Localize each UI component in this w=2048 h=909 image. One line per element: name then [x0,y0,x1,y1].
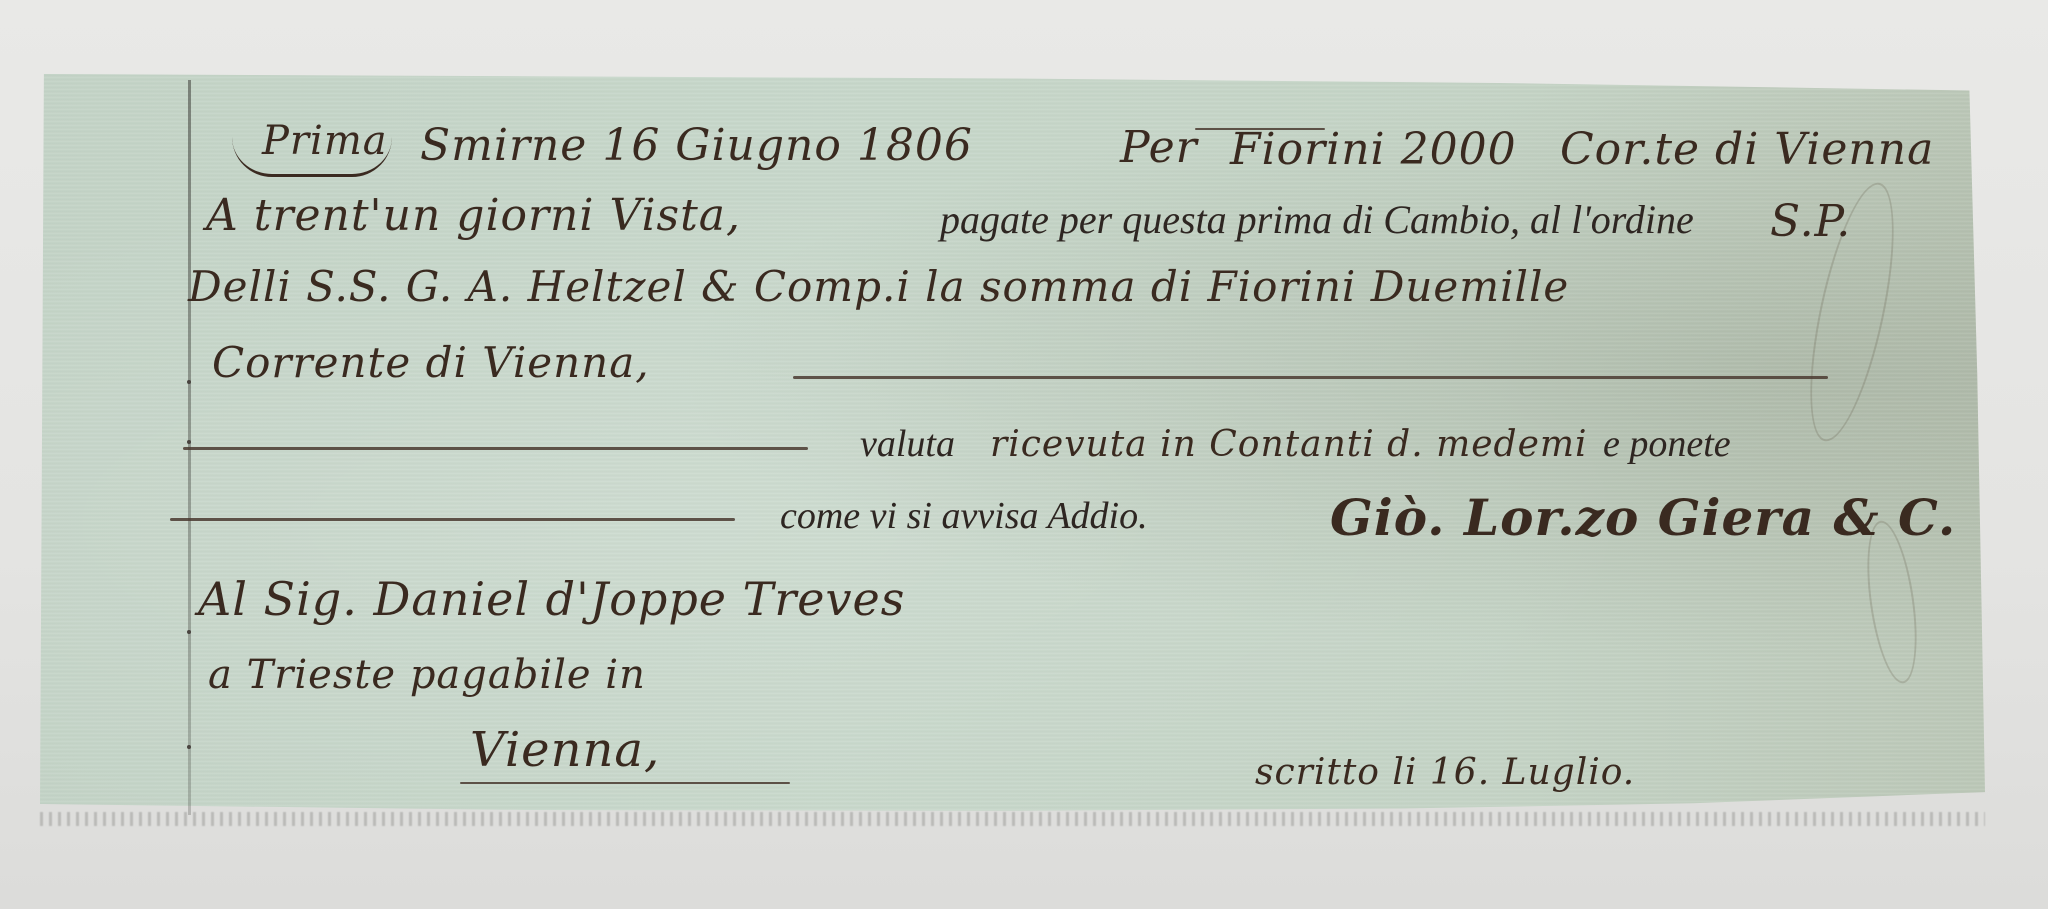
payable-city: Vienna, [470,722,660,778]
amount-overline [1195,128,1325,130]
stitch-hole [187,630,191,634]
currency-line: Corrente di Vienna, [212,338,650,387]
amount-prefix: Per [1120,122,1198,173]
torn-bottom-edge [40,812,1985,826]
drawer-signature: Giò. Lor.zo Giera & C. [1330,488,1956,547]
addressee-place: a Trieste pagabile in [208,652,646,698]
printed-advice: come vi si avvisa Addio. [780,494,1148,538]
written-date-note: scritto li 16. Luglio. [1255,752,1635,793]
fill-rule [793,376,1828,379]
currency-note: Cor.te di Vienna [1560,124,1934,175]
prima-label: Prima [262,118,388,164]
stitch-hole [187,745,191,749]
place-date: Smirne 16 Giugno 1806 [420,120,973,171]
fill-rule [170,518,735,521]
stitch-hole [187,380,191,384]
printed-ponete: e ponete [1603,422,1731,466]
term-text: A trent'un giorni Vista, [206,190,741,241]
stitch-hole [187,440,191,444]
payee-and-sum: Delli S.S. G. A. Heltzel & Comp.i la som… [188,262,1569,311]
printed-valuta: valuta [860,422,955,466]
fill-rule [183,447,808,450]
printed-pay-clause: pagate per questa prima di Cambio, al l'… [940,196,1694,243]
amount: Fiorini 2000 [1230,124,1517,175]
city-underline [460,782,790,784]
addressee-name: Al Sig. Daniel d'Joppe Treves [198,572,905,626]
order-initials: S.P. [1770,196,1851,247]
value-received: ricevuta in Contanti d. medemi [990,424,1588,465]
